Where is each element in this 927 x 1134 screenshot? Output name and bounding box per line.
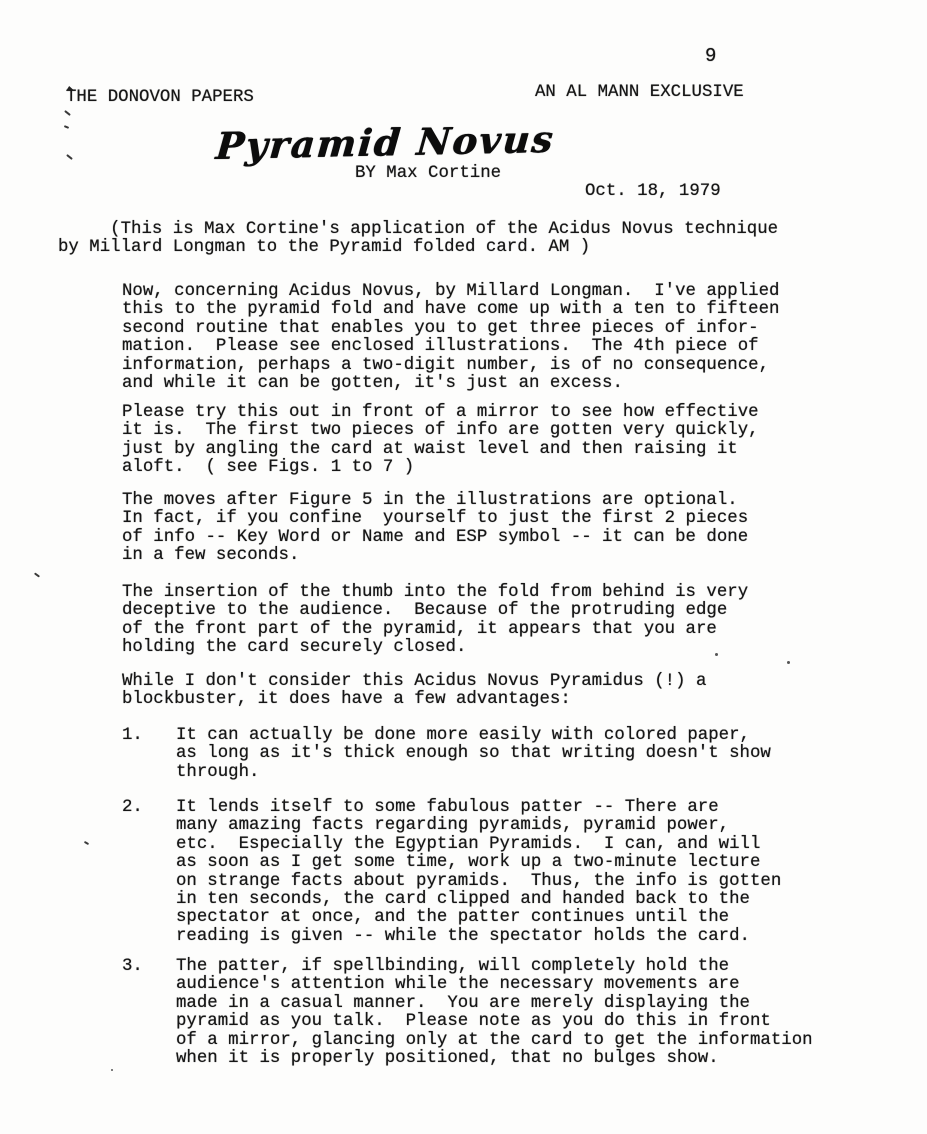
paragraph: Please try this out in front of a mirror… xyxy=(122,404,759,478)
list-item-text: The patter, if spellbinding, will comple… xyxy=(176,958,813,1068)
scan-artifact xyxy=(34,572,40,577)
list-item-text: It lends itself to some fabulous patter … xyxy=(176,799,781,946)
paragraph: The moves after Figure 5 in the illustra… xyxy=(122,492,748,566)
document-page: 9 THE DONOVON PAPERS AN AL MANN EXCLUSIV… xyxy=(0,0,927,1134)
list-item-number: 1. xyxy=(122,727,143,745)
list-item-number: 2. xyxy=(122,799,143,817)
date: Oct. 18, 1979 xyxy=(585,183,721,201)
byline: BY Max Cortine xyxy=(355,165,501,183)
scan-artifact xyxy=(715,653,718,656)
scan-artifact xyxy=(787,661,790,664)
paragraph: The insertion of the thumb into the fold… xyxy=(122,584,748,658)
scan-artifact xyxy=(64,110,71,116)
scan-artifact xyxy=(66,154,73,160)
intro-note: (This is Max Cortine's application of th… xyxy=(58,221,778,258)
list-item-number: 3. xyxy=(122,958,143,976)
scan-artifact xyxy=(64,125,69,129)
paragraph: While I don't consider this Acidus Novus… xyxy=(122,673,706,710)
list-item: 3. The patter, if spellbinding, will com… xyxy=(122,958,813,1068)
scan-artifact xyxy=(111,1069,113,1071)
page-number: 9 xyxy=(705,47,716,65)
paragraph: Now, concerning Acidus Novus, by Millard… xyxy=(122,283,779,393)
header-right: AN AL MANN EXCLUSIVE xyxy=(535,84,744,102)
list-item: 2. It lends itself to some fabulous patt… xyxy=(122,799,781,946)
header-left: THE DONOVON PAPERS xyxy=(66,89,254,107)
list-item-text: It can actually be done more easily with… xyxy=(176,727,771,782)
list-item: 1. It can actually be done more easily w… xyxy=(122,727,771,782)
document-title: Pyramid Novus xyxy=(214,118,518,168)
scan-artifact xyxy=(84,841,89,845)
